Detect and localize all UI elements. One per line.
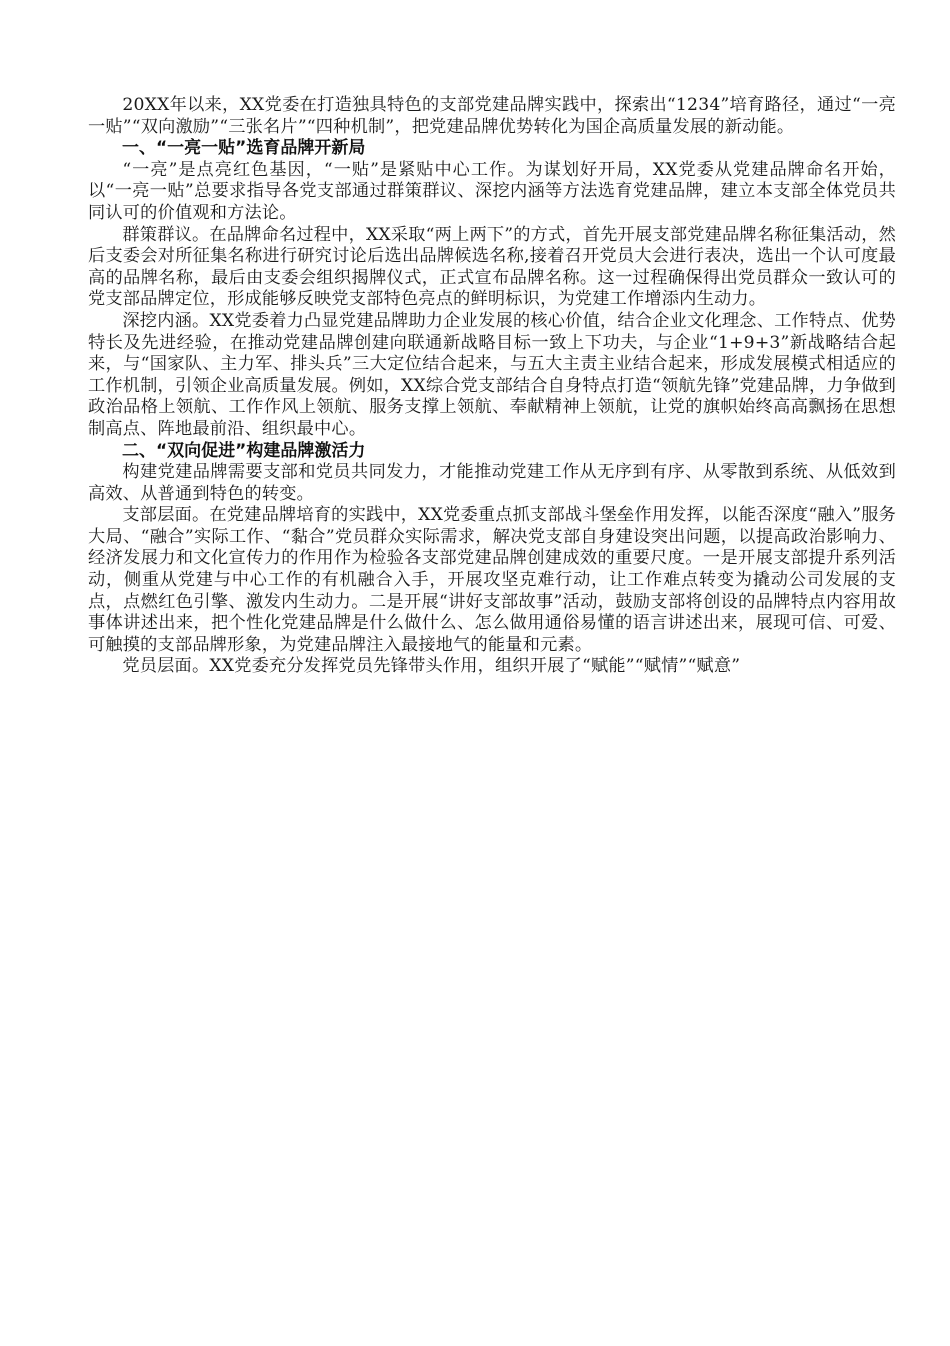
section-2-paragraph-1: 构建党建品牌需要支部和党员共同发力，才能推动党建工作从无序到有序、从零散到系统、… <box>88 462 896 505</box>
section-1-heading: 一、“一亮一贴”选育品牌开新局 <box>88 138 896 160</box>
section-2-heading: 二、“双向促进”构建品牌激活力 <box>88 441 896 463</box>
intro-paragraph: 20XX年以来，XX党委在打造独具特色的支部党建品牌实践中，探索出“1234”培… <box>88 95 896 138</box>
section-1-paragraph-1: “一亮”是点亮红色基因，“一贴”是紧贴中心工作。为谋划好开局，XX党委从党建品牌… <box>88 160 896 225</box>
section-1-paragraph-2: 群策群议。在品牌命名过程中，XX采取“两上两下”的方式，首先开展支部党建品牌名称… <box>88 225 896 311</box>
section-1-paragraph-3: 深挖内涵。XX党委着力凸显党建品牌助力企业发展的核心价值，结合企业文化理念、工作… <box>88 311 896 441</box>
section-2-paragraph-2: 支部层面。在党建品牌培育的实践中，XX党委重点抓支部战斗堡垒作用发挥，以能否深度… <box>88 505 896 656</box>
document-page: 20XX年以来，XX党委在打造独具特色的支部党建品牌实践中，探索出“1234”培… <box>88 95 896 678</box>
section-2-paragraph-3: 党员层面。XX党委充分发挥党员先锋带头作用，组织开展了“赋能”“赋情”“赋意” <box>88 656 896 678</box>
